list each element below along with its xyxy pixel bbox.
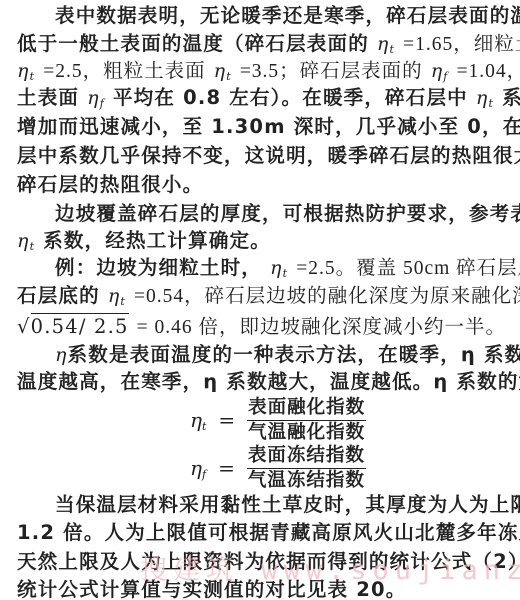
paragraph-3-line-3: √0.54/ 2.5 = 0.46 倍，即边坡融化深度减小约一半。: [17, 313, 507, 341]
eta-symbol: η: [55, 344, 68, 366]
text-run: =0.54，碎石层边坡的融化深度为原来融化深度的: [134, 286, 520, 307]
text-run: 例：边坡为细粒土时，: [55, 256, 262, 279]
eta-t-symbol: ηt: [190, 408, 206, 433]
equals-sign: =: [218, 408, 235, 432]
formula-freeze-coefficient: ηf = 表面冻结指数 气温冻结指数: [190, 440, 366, 496]
text-run: = 0.46 倍，即边坡融化深度减小约一半。: [137, 317, 506, 338]
eta-f-symbol: ηf: [190, 456, 206, 481]
text-run: =3.5；碎石层表面的: [240, 61, 423, 82]
text-run: 土表面: [17, 86, 79, 109]
fraction: 表面融化指数 气温融化指数: [247, 397, 366, 444]
text-run: =1.65，细粒土表面: [403, 34, 520, 55]
text-run: 低于一般土表面的温度（碎石层表面的: [17, 32, 369, 55]
paragraph-4-line-1: η系数是表面温度的一种表示方法，在暖季，η 系数越大，: [55, 341, 507, 369]
text-run: 石层底的: [17, 284, 100, 307]
square-root-expression: √0.54/ 2.5: [17, 313, 129, 338]
text-run: =2.5。覆盖 50cm 碎石层后，则碎: [296, 258, 520, 279]
paragraph-5-line-3: 天然上限及人为上限资料为依据而得到的统计公式（2）计算。: [17, 548, 507, 576]
paragraph-1-line-5: 增加而迅速减小，至 1.30m 深时，几乎减小至 0，在寒季，碎石: [17, 113, 507, 141]
eta-t-symbol: ηt: [377, 33, 395, 55]
eta-t-symbol: ηt: [214, 60, 232, 82]
fraction-numerator: 表面冻结指数: [247, 445, 366, 469]
paragraph-1-line-6: 层中系数几乎保持不变，这说明，暖季碎石层的热阻很大，寒季: [17, 142, 507, 170]
eta-t-symbol: ηt: [17, 230, 35, 252]
paragraph-2-line-2: ηt 系数，经热工计算确定。: [17, 227, 507, 255]
paragraph-1-line-3: ηt =2.5，粗粒土表面 ηt =3.5；碎石层表面的 ηf =1.04，细粒: [17, 57, 507, 85]
paragraph-1-line-7: 碎石层的热阻很小。: [17, 171, 507, 199]
eta-t-symbol: ηt: [270, 257, 288, 279]
text-run: 平均在 0.8 左右）。在暖季，碎石层中: [113, 86, 468, 109]
text-run: =1.04，细粒: [457, 61, 520, 82]
paragraph-5-line-4: 统计公式计算值与实测值的对比见表 20。: [17, 576, 507, 600]
eta-f-symbol: ηf: [87, 87, 105, 109]
paragraph-1-line-4: 土表面 ηf 平均在 0.8 左右）。在暖季，碎石层中 ηt 系数随深度的: [17, 84, 507, 112]
eta-t-symbol: ηt: [476, 87, 494, 109]
fraction-denominator: 气温冻结指数: [248, 469, 365, 492]
paragraph-2-line-1: 边坡覆盖碎石层的厚度，可根据热防护要求，参考表提供的: [55, 200, 507, 228]
fraction: 表面冻结指数 气温冻结指数: [247, 445, 366, 492]
eta-t-symbol: ηt: [108, 285, 126, 307]
equals-sign: =: [218, 456, 235, 480]
paragraph-3-line-1: 例：边坡为细粒土时， ηt =2.5。覆盖 50cm 碎石层后，则碎: [55, 254, 507, 282]
text-run: 系数是表面温度的一种表示方法，在暖季，η 系数越大，: [68, 343, 520, 366]
paragraph-1-line-1: 表中数据表明，无论暖季还是寒季，碎石层表面的温度都是: [55, 2, 507, 30]
fraction-numerator: 表面融化指数: [247, 397, 366, 421]
text-run: 系数随深度的: [502, 86, 520, 109]
paragraph-5-line-2: 1.2 倍。人为上限值可根据青藏高原风火山北麓多年冻土区实测: [17, 519, 507, 547]
paragraph-3-line-2: 石层底的 ηt =0.54，碎石层边坡的融化深度为原来融化深度的: [17, 282, 507, 310]
paragraph-5-line-1: 当保温层材料采用黏性土草皮时，其厚度为人为上限值的: [55, 491, 507, 519]
eta-t-symbol: ηt: [17, 60, 35, 82]
text-run: 系数，经热工计算确定。: [43, 229, 271, 252]
document-page: 表中数据表明，无论暖季还是寒季，碎石层表面的温度都是 低于一般土表面的温度（碎石…: [0, 0, 520, 600]
paragraph-1-line-2: 低于一般土表面的温度（碎石层表面的 ηt =1.65，细粒土表面: [17, 30, 507, 58]
eta-f-symbol: ηf: [431, 60, 449, 82]
text-run: =2.5，粗粒土表面: [43, 61, 205, 82]
